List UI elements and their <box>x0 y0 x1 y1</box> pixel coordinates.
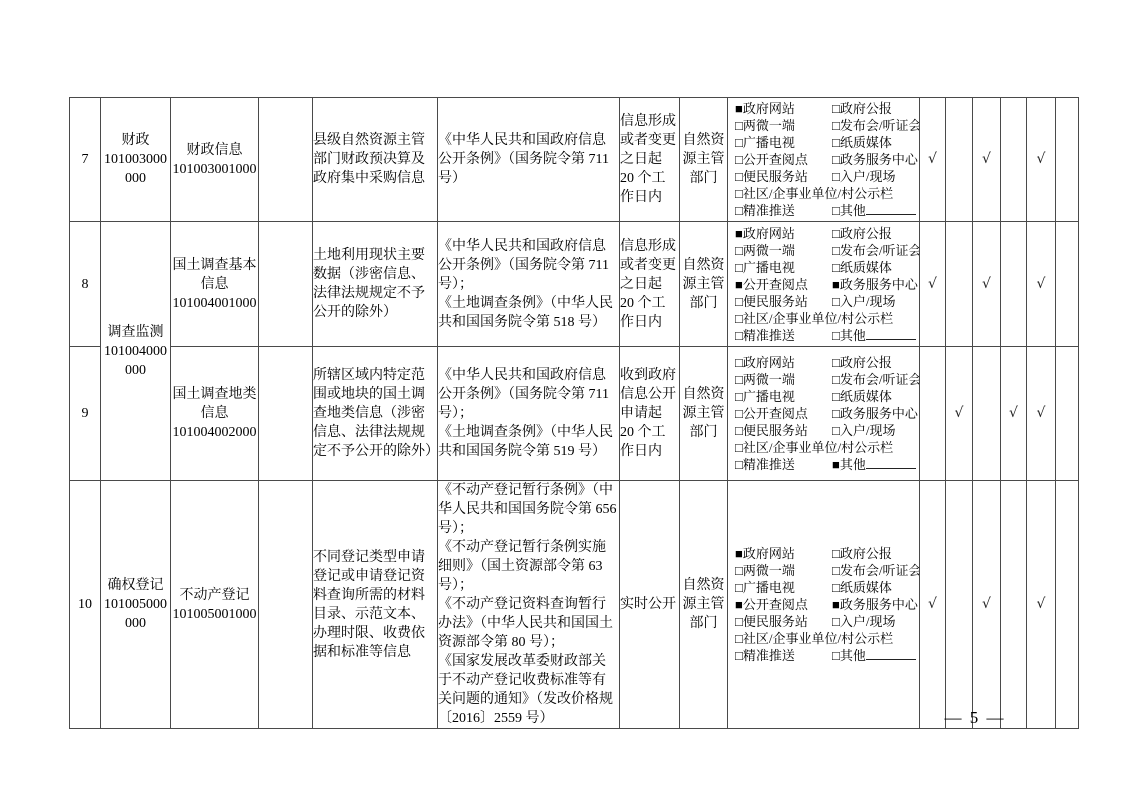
category-cell: 确权登记 101005000000 <box>101 481 171 729</box>
checkbox-glyph: □ <box>735 294 743 309</box>
check-mark-cell <box>1056 222 1079 347</box>
check-mark-cell: √ <box>1027 222 1056 347</box>
channel-option: □广播电视 <box>735 388 832 405</box>
channel-option: ■政务服务中心 <box>832 596 918 613</box>
checkbox-glyph: ■ <box>832 277 840 292</box>
channel-label: 政府公报 <box>840 226 892 241</box>
channel-label: 社区/企事业单位/村公示栏 <box>743 186 893 201</box>
checkbox-glyph: □ <box>735 631 743 646</box>
channel-label: 广播电视 <box>743 580 795 595</box>
disclosure-table: 7 财政 101003000000 财政信息 101003001000 县级自然… <box>69 97 1079 729</box>
check-mark-cell <box>1001 98 1027 222</box>
channels-cell: ■政府网站□政府公报 □两微一端□发布会/听证会 □广播电视□纸质媒体 □公开查… <box>728 98 920 222</box>
channel-option: □纸质媒体 <box>832 259 912 276</box>
channel-label: 公开查阅点 <box>743 277 808 292</box>
checkbox-glyph: □ <box>832 226 840 241</box>
checkbox-glyph: □ <box>832 372 840 387</box>
channel-label: 发布会/听证会 <box>840 372 920 387</box>
legal-basis-item: 《中华人民共和国政府信息公开条例》（国务院令第 711 号）； <box>438 237 619 294</box>
channel-label: 两微一端 <box>743 118 795 133</box>
channel-label: 政府公报 <box>840 355 892 370</box>
channel-option: □两微一端 <box>735 242 832 259</box>
channel-label: 其他 <box>840 457 866 472</box>
item-code: 101004001000 <box>171 294 258 313</box>
channel-option: □发布会/听证会 <box>832 562 920 579</box>
table-row: 10 确权登记 101005000000 不动产登记 101005001000 … <box>70 481 1079 729</box>
item-name: 不动产登记 <box>171 586 258 605</box>
channels-cell: □政府网站□政府公报 □两微一端□发布会/听证会 □广播电视□纸质媒体 □公开查… <box>728 347 920 481</box>
channel-option: □发布会/听证会 <box>832 117 920 134</box>
time-limit-cell: 收到政府信息公开申请起 20 个工作日内 <box>620 347 680 481</box>
checkbox-glyph: ■ <box>735 546 743 561</box>
checkbox-glyph: □ <box>735 169 743 184</box>
channel-option: □政务服务中心 <box>832 151 918 168</box>
channel-option: □精准推送 <box>735 456 832 473</box>
channel-label: 两微一端 <box>743 372 795 387</box>
channel-option: □精准推送 <box>735 202 832 219</box>
checkbox-glyph: ■ <box>832 457 840 472</box>
checkbox-glyph: □ <box>735 648 743 663</box>
checkbox-glyph: ■ <box>735 597 743 612</box>
checkbox-glyph: □ <box>735 580 743 595</box>
category-cell: 调查监测 101004000000 <box>101 222 171 481</box>
reserved-cell <box>259 481 313 729</box>
item-name-cell: 国土调查地类信息 101004002000 <box>171 347 259 481</box>
checkbox-glyph: □ <box>832 243 840 258</box>
channel-option: □政务服务中心 <box>832 405 918 422</box>
channel-option: □社区/企事业单位/村公示栏 <box>735 439 912 456</box>
channel-option: □两微一端 <box>735 371 832 388</box>
channel-list: ■政府网站□政府公报 □两微一端□发布会/听证会 □广播电视□纸质媒体 ■公开查… <box>728 543 919 666</box>
checkbox-glyph: □ <box>735 311 743 326</box>
checkbox-glyph: □ <box>735 457 743 472</box>
channel-option: □公开查阅点 <box>735 151 832 168</box>
channel-label: 政务服务中心 <box>840 277 918 292</box>
channel-option: □精准推送 <box>735 327 832 344</box>
checkbox-glyph: □ <box>832 152 840 167</box>
checkbox-glyph: □ <box>832 546 840 561</box>
check-mark-cell: √ <box>973 98 1001 222</box>
category-code: 101005000000 <box>101 595 170 633</box>
legal-basis-item: 《不动产登记暂行条例》（中华人民共和国国务院令第 656 号）； <box>438 481 619 538</box>
channel-label: 入户/现场 <box>840 423 896 438</box>
legal-basis-item: 《土地调查条例》（中华人民共和国国务院令第 518 号） <box>438 294 619 332</box>
channel-label: 政府网站 <box>743 355 795 370</box>
checkbox-glyph: □ <box>735 203 743 218</box>
channel-label: 广播电视 <box>743 389 795 404</box>
channel-label: 精准推送 <box>743 203 795 218</box>
channel-option: ■其他 <box>832 456 916 473</box>
item-name-cell: 不动产登记 101005001000 <box>171 481 259 729</box>
legal-basis-cell: 《中华人民共和国政府信息公开条例》（国务院令第 711 号） <box>438 98 620 222</box>
channel-option: □纸质媒体 <box>832 579 912 596</box>
check-mark-cell <box>1056 347 1079 481</box>
channel-label: 纸质媒体 <box>840 260 892 275</box>
channel-option: □公开查阅点 <box>735 405 832 422</box>
channel-option: □其他 <box>832 647 916 664</box>
category-cell: 财政 101003000000 <box>101 98 171 222</box>
checkbox-glyph: □ <box>832 648 840 663</box>
channel-label: 公开查阅点 <box>743 152 808 167</box>
check-mark-cell: √ <box>920 98 946 222</box>
channel-label: 广播电视 <box>743 260 795 275</box>
checkbox-glyph: ■ <box>832 597 840 612</box>
checkbox-glyph: □ <box>735 563 743 578</box>
time-limit-cell: 信息形成或者变更之日起 20 个工作日内 <box>620 98 680 222</box>
checkbox-glyph: □ <box>832 355 840 370</box>
checkbox-glyph: □ <box>832 614 840 629</box>
channel-option: □入户/现场 <box>832 422 912 439</box>
page-number: — 5 — <box>925 708 1025 728</box>
checkbox-glyph: □ <box>832 169 840 184</box>
reserved-cell <box>259 98 313 222</box>
item-code: 101005001000 <box>171 605 258 624</box>
checkbox-glyph: □ <box>735 243 743 258</box>
checkbox-glyph: ■ <box>735 101 743 116</box>
item-code: 101003001000 <box>171 160 258 179</box>
check-mark-cell <box>1001 222 1027 347</box>
channel-option: □广播电视 <box>735 579 832 596</box>
check-mark-cell: √ <box>1027 98 1056 222</box>
channel-option: □两微一端 <box>735 117 832 134</box>
channel-label: 纸质媒体 <box>840 580 892 595</box>
channel-option: ■政务服务中心 <box>832 276 918 293</box>
table-row: 7 财政 101003000000 财政信息 101003001000 县级自然… <box>70 98 1079 222</box>
checkbox-glyph: □ <box>832 580 840 595</box>
channel-option: □便民服务站 <box>735 293 832 310</box>
channel-option: □社区/企事业单位/村公示栏 <box>735 185 912 202</box>
check-mark-cell: √ <box>973 222 1001 347</box>
row-number-cell: 7 <box>70 98 101 222</box>
channel-option: □便民服务站 <box>735 613 832 630</box>
channel-label: 社区/企事业单位/村公示栏 <box>743 631 893 646</box>
check-mark-cell: √ <box>946 347 973 481</box>
category-code: 101004000000 <box>101 342 170 380</box>
legal-basis-item: 《土地调查条例》（中华人民共和国国务院令第 519 号） <box>438 423 619 461</box>
row-number-cell: 9 <box>70 347 101 481</box>
channel-option: □政府公报 <box>832 545 912 562</box>
channel-list: □政府网站□政府公报 □两微一端□发布会/听证会 □广播电视□纸质媒体 □公开查… <box>728 352 919 475</box>
channel-label: 政府公报 <box>840 546 892 561</box>
checkbox-glyph: □ <box>735 118 743 133</box>
category-code: 101003000000 <box>101 150 170 188</box>
checkbox-glyph: □ <box>832 406 840 421</box>
channel-label: 其他 <box>840 648 866 663</box>
legal-basis-item: 《中华人民共和国政府信息公开条例》（国务院令第 711 号） <box>438 131 619 188</box>
channel-list: ■政府网站□政府公报 □两微一端□发布会/听证会 □广播电视□纸质媒体 □公开查… <box>728 98 919 221</box>
checkbox-glyph: □ <box>735 260 743 275</box>
legal-basis-cell: 《中华人民共和国政府信息公开条例》（国务院令第 711 号）； 《土地调查条例》… <box>438 347 620 481</box>
legal-basis-cell: 《中华人民共和国政府信息公开条例》（国务院令第 711 号）； 《土地调查条例》… <box>438 222 620 347</box>
channel-label: 政府网站 <box>743 546 795 561</box>
channel-label: 政府公报 <box>840 101 892 116</box>
item-name: 国土调查基本信息 <box>171 256 258 294</box>
channels-cell: ■政府网站□政府公报 □两微一端□发布会/听证会 □广播电视□纸质媒体 ■公开查… <box>728 222 920 347</box>
legal-basis-item: 《不动产登记资料查询暂行办法》（中华人民共和国国土资源部令第 80 号）； <box>438 595 619 652</box>
channel-label: 发布会/听证会 <box>840 118 920 133</box>
channel-option: □便民服务站 <box>735 422 832 439</box>
channel-label: 两微一端 <box>743 243 795 258</box>
responsible-body-cell: 自然资源主管部门 <box>680 222 728 347</box>
responsible-body-cell: 自然资源主管部门 <box>680 481 728 729</box>
channel-label: 精准推送 <box>743 457 795 472</box>
channel-label: 社区/企事业单位/村公示栏 <box>743 311 893 326</box>
channel-option: □政府公报 <box>832 225 912 242</box>
check-mark-cell: √ <box>920 222 946 347</box>
checkbox-glyph: □ <box>832 203 840 218</box>
checkbox-glyph: □ <box>735 389 743 404</box>
channel-label: 入户/现场 <box>840 294 896 309</box>
checkbox-glyph: □ <box>832 563 840 578</box>
channel-option: ■政府网站 <box>735 545 832 562</box>
other-blank-line <box>866 456 916 469</box>
channel-label: 精准推送 <box>743 328 795 343</box>
channel-option: □发布会/听证会 <box>832 242 920 259</box>
channel-option: □其他 <box>832 327 916 344</box>
checkbox-glyph: □ <box>832 389 840 404</box>
other-blank-line <box>866 202 916 215</box>
channel-option: □政府公报 <box>832 100 912 117</box>
channel-option: □社区/企事业单位/村公示栏 <box>735 630 912 647</box>
row-number-cell: 10 <box>70 481 101 729</box>
checkbox-glyph: □ <box>832 135 840 150</box>
document-page: 7 财政 101003000000 财政信息 101003001000 县级自然… <box>0 0 1122 793</box>
check-mark-cell <box>973 347 1001 481</box>
channel-option: □两微一端 <box>735 562 832 579</box>
reserved-cell <box>259 347 313 481</box>
check-mark-cell <box>1056 98 1079 222</box>
content-cell: 所辖区域内特定范围或地块的国土调查地类信息（涉密信息、法律法规规定不予公开的除外… <box>313 347 438 481</box>
legal-basis-cell: 《不动产登记暂行条例》（中华人民共和国国务院令第 656 号）； 《不动产登记暂… <box>438 481 620 729</box>
channel-option: ■公开查阅点 <box>735 276 832 293</box>
item-name-cell: 财政信息 101003001000 <box>171 98 259 222</box>
checkbox-glyph: □ <box>735 423 743 438</box>
checkbox-glyph: □ <box>735 440 743 455</box>
checkbox-glyph: □ <box>832 328 840 343</box>
channel-label: 广播电视 <box>743 135 795 150</box>
check-mark-cell <box>946 222 973 347</box>
channel-label: 政府网站 <box>743 101 795 116</box>
checkbox-glyph: □ <box>832 423 840 438</box>
check-mark-cell: √ <box>1027 481 1056 729</box>
channel-option: □广播电视 <box>735 134 832 151</box>
channel-label: 公开查阅点 <box>743 406 808 421</box>
checkbox-glyph: ■ <box>735 277 743 292</box>
channel-label: 便民服务站 <box>743 294 808 309</box>
checkbox-glyph: □ <box>735 186 743 201</box>
category-name: 调查监测 <box>101 323 170 342</box>
check-mark-cell: √ <box>1027 347 1056 481</box>
checkbox-glyph: □ <box>735 355 743 370</box>
channel-option: □入户/现场 <box>832 613 912 630</box>
check-mark-cell: √ <box>1001 347 1027 481</box>
check-mark-cell <box>920 347 946 481</box>
checkbox-glyph: □ <box>735 328 743 343</box>
check-mark-cell <box>1056 481 1079 729</box>
channel-option: □精准推送 <box>735 647 832 664</box>
category-name: 财政 <box>101 131 170 150</box>
channel-option: □便民服务站 <box>735 168 832 185</box>
checkbox-glyph: □ <box>735 152 743 167</box>
responsible-body-cell: 自然资源主管部门 <box>680 98 728 222</box>
checkbox-glyph: □ <box>832 294 840 309</box>
time-limit-cell: 实时公开 <box>620 481 680 729</box>
checkbox-glyph: ■ <box>735 226 743 241</box>
channel-label: 社区/企事业单位/村公示栏 <box>743 440 893 455</box>
item-name: 财政信息 <box>171 141 258 160</box>
checkbox-glyph: □ <box>735 406 743 421</box>
channel-label: 两微一端 <box>743 563 795 578</box>
item-code: 101004002000 <box>171 423 258 442</box>
channel-label: 政务服务中心 <box>840 597 918 612</box>
content-cell: 土地利用现状主要数据（涉密信息、法律法规规定不予公开的除外） <box>313 222 438 347</box>
check-mark-cell: √ <box>973 481 1001 729</box>
channel-label: 其他 <box>840 203 866 218</box>
channel-option: □社区/企事业单位/村公示栏 <box>735 310 912 327</box>
channel-option: ■政府网站 <box>735 225 832 242</box>
channel-label: 入户/现场 <box>840 169 896 184</box>
channel-label: 精准推送 <box>743 648 795 663</box>
channel-label: 入户/现场 <box>840 614 896 629</box>
table-row: 8 调查监测 101004000000 国土调查基本信息 10100400100… <box>70 222 1079 347</box>
time-limit-cell: 信息形成或者变更之日起 20 个工作日内 <box>620 222 680 347</box>
checkbox-glyph: □ <box>735 372 743 387</box>
item-name-cell: 国土调查基本信息 101004001000 <box>171 222 259 347</box>
other-blank-line <box>866 647 916 660</box>
row-number-cell: 8 <box>70 222 101 347</box>
check-mark-cell: √ <box>920 481 946 729</box>
checkbox-glyph: □ <box>735 135 743 150</box>
channel-label: 便民服务站 <box>743 614 808 629</box>
channel-option: □纸质媒体 <box>832 134 912 151</box>
table-row: 9 国土调查地类信息 101004002000 所辖区域内特定范围或地块的国土调… <box>70 347 1079 481</box>
other-blank-line <box>866 327 916 340</box>
channels-cell: ■政府网站□政府公报 □两微一端□发布会/听证会 □广播电视□纸质媒体 ■公开查… <box>728 481 920 729</box>
content-cell: 不同登记类型申请登记或申请登记资料查询所需的材料目录、示范文本、办理时限、收费依… <box>313 481 438 729</box>
channel-option: □入户/现场 <box>832 168 912 185</box>
check-mark-cell <box>946 98 973 222</box>
legal-basis-item: 《中华人民共和国政府信息公开条例》（国务院令第 711 号）； <box>438 366 619 423</box>
channel-option: □纸质媒体 <box>832 388 912 405</box>
checkbox-glyph: □ <box>735 614 743 629</box>
channel-label: 公开查阅点 <box>743 597 808 612</box>
channel-label: 纸质媒体 <box>840 135 892 150</box>
check-mark-cell <box>946 481 973 729</box>
channel-label: 其他 <box>840 328 866 343</box>
check-mark-cell <box>1001 481 1027 729</box>
channel-option: □入户/现场 <box>832 293 912 310</box>
channel-label: 发布会/听证会 <box>840 563 920 578</box>
channel-option: □政府网站 <box>735 354 832 371</box>
channel-label: 发布会/听证会 <box>840 243 920 258</box>
checkbox-glyph: □ <box>832 260 840 275</box>
channel-label: 纸质媒体 <box>840 389 892 404</box>
legal-basis-item: 《国家发展改革委财政部关于不动产登记收费标准等有关问题的通知》（发改价格规〔20… <box>438 652 619 728</box>
channel-option: ■公开查阅点 <box>735 596 832 613</box>
channel-label: 政府网站 <box>743 226 795 241</box>
channel-option: □政府公报 <box>832 354 912 371</box>
channel-list: ■政府网站□政府公报 □两微一端□发布会/听证会 □广播电视□纸质媒体 ■公开查… <box>728 223 919 346</box>
channel-label: 政务服务中心 <box>840 406 918 421</box>
channel-label: 便民服务站 <box>743 423 808 438</box>
responsible-body-cell: 自然资源主管部门 <box>680 347 728 481</box>
checkbox-glyph: □ <box>832 101 840 116</box>
channel-option: ■政府网站 <box>735 100 832 117</box>
channel-option: □发布会/听证会 <box>832 371 920 388</box>
channel-label: 便民服务站 <box>743 169 808 184</box>
channel-option: □广播电视 <box>735 259 832 276</box>
checkbox-glyph: □ <box>832 118 840 133</box>
legal-basis-item: 《不动产登记暂行条例实施细则》（国土资源部令第 63 号）； <box>438 538 619 595</box>
channel-label: 政务服务中心 <box>840 152 918 167</box>
category-name: 确权登记 <box>101 576 170 595</box>
channel-option: □其他 <box>832 202 916 219</box>
reserved-cell <box>259 222 313 347</box>
item-name: 国土调查地类信息 <box>171 385 258 423</box>
content-cell: 县级自然资源主管部门财政预决算及政府集中采购信息 <box>313 98 438 222</box>
